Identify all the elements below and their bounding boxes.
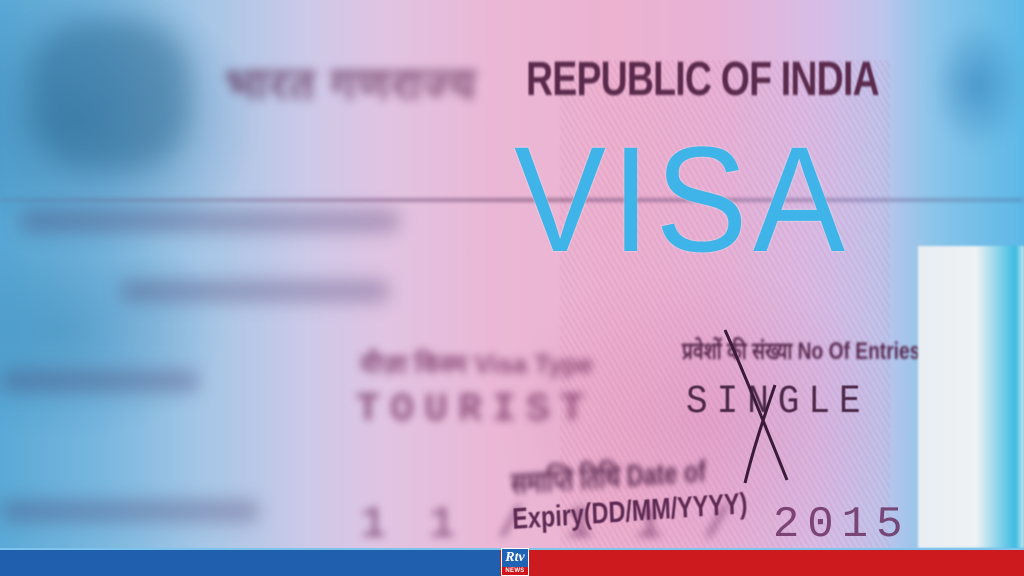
blurred-text-line (20, 210, 400, 232)
fold-line (0, 198, 1024, 202)
expiry-value-blurred: 1 1 / 1 1 / (360, 500, 773, 548)
visa-type-label: वीज़ा किस्म Visa Type (360, 345, 593, 381)
rtv-news-logo: Rtv NEWS (501, 548, 529, 576)
header-republic-of-india: REPUBLIC OF INDIA (526, 52, 879, 107)
expiry-year: 2015 (773, 500, 911, 548)
blurred-emblem-left (30, 20, 190, 170)
blurred-text-line (120, 280, 390, 302)
header-hindi-text: भारत गणराज्य (225, 52, 477, 112)
visa-title: VISA (514, 124, 851, 274)
blurred-emblem-right (930, 20, 1024, 150)
visa-type-value: TOURIST (356, 388, 594, 433)
banner-left-blue (0, 550, 500, 576)
visa-photo: भारत गणराज्य REPUBLIC OF INDIA VISA वीज़… (0, 0, 1024, 548)
logo-rtv-text: Rtv (502, 549, 528, 567)
banner-right-red (500, 550, 1024, 576)
blurred-text-line (0, 500, 260, 522)
expiry-value: 1 1 / 1 1 / 2015 (360, 500, 910, 548)
logo-news-text: NEWS (502, 567, 528, 575)
photo-panel (918, 246, 1024, 548)
blurred-text-line (0, 370, 200, 392)
